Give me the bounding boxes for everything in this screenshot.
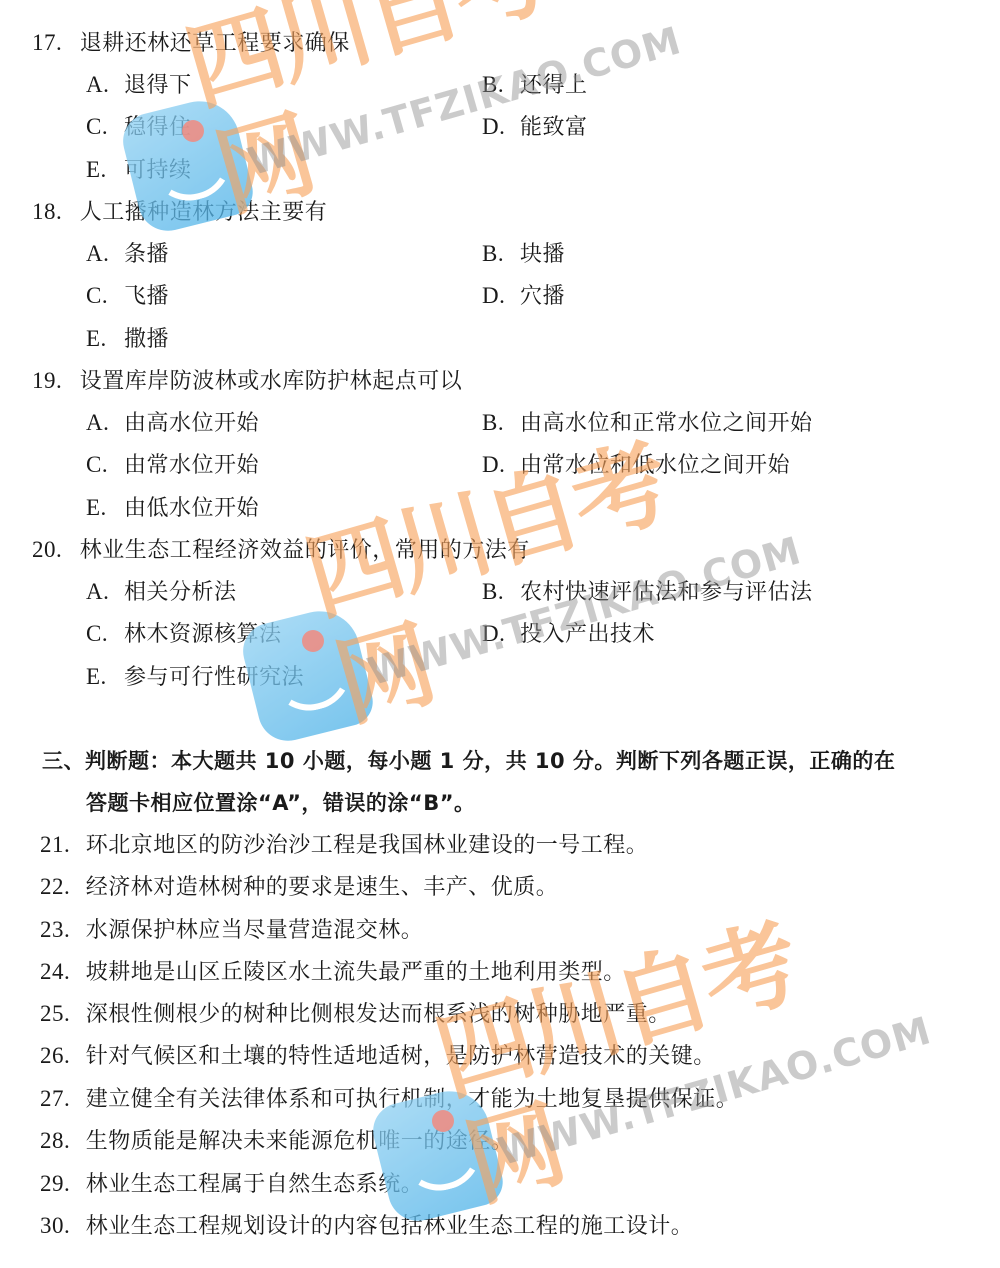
option-letter: A. <box>86 71 124 99</box>
question-21: 21. 环北京地区的防沙治沙工程是我国林业建设的一号工程。 <box>40 831 648 860</box>
option-letter: C. <box>86 620 124 648</box>
question-27: 27. 建立健全有关法律体系和可执行机制，才能为土地复垦提供保证。 <box>40 1085 738 1114</box>
option-letter: C. <box>86 113 124 141</box>
question-23: 23. 水源保护林应当尽量营造混交林。 <box>40 916 423 945</box>
option-letter: B. <box>482 240 520 268</box>
question-text: 人工播种造林方法主要有 <box>80 200 328 225</box>
question-number: 26. <box>40 1042 70 1070</box>
option-text: 飞播 <box>124 284 169 309</box>
option-text: 由高水位开始 <box>124 411 259 436</box>
question-text: 林业生态工程属于自然生态系统。 <box>86 1172 424 1197</box>
question-text: 水源保护林应当尽量营造混交林。 <box>86 918 424 943</box>
option-letter: B. <box>482 409 520 437</box>
exam-page: 17. 退耕还林还草工程要求确保 A.退得下 B.还得上 C.稳得住 D.能致富… <box>0 0 1000 1268</box>
question-number: 21. <box>40 831 70 859</box>
option-19-e: E.由低水位开始 <box>86 494 259 523</box>
option-text: 由低水位开始 <box>124 496 259 521</box>
question-number: 19. <box>32 367 62 395</box>
question-22: 22. 经济林对造林树种的要求是速生、丰产、优质。 <box>40 873 558 902</box>
option-17-a: A.退得下 <box>86 71 192 100</box>
option-letter: A. <box>86 578 124 606</box>
option-text: 林木资源核算法 <box>124 622 282 647</box>
option-17-b: B.还得上 <box>482 71 588 100</box>
option-text: 撒播 <box>124 327 169 352</box>
option-18-a: A.条播 <box>86 240 169 269</box>
question-26: 26. 针对气候区和土壤的特性适地适树，是防护林营造技术的关键。 <box>40 1042 716 1071</box>
question-24: 24. 坡耕地是山区丘陵区水土流失最严重的土地利用类型。 <box>40 958 626 987</box>
option-20-e: E.参与可行性研究法 <box>86 663 304 692</box>
option-letter: B. <box>482 578 520 606</box>
option-letter: E. <box>86 325 124 353</box>
option-letter: D. <box>482 113 520 141</box>
option-text: 稳得住 <box>124 115 192 140</box>
option-17-c: C.稳得住 <box>86 113 192 142</box>
option-text: 退得下 <box>124 73 192 98</box>
question-number: 25. <box>40 1000 70 1028</box>
option-18-e: E.撒播 <box>86 325 169 354</box>
option-letter: A. <box>86 240 124 268</box>
option-letter: D. <box>482 451 520 479</box>
question-29: 29. 林业生态工程属于自然生态系统。 <box>40 1170 423 1199</box>
option-17-e: E.可持续 <box>86 156 192 185</box>
question-18-stem: 18. 人工播种造林方法主要有 <box>32 198 327 227</box>
question-28: 28. 生物质能是解决未来能源危机唯一的途径。 <box>40 1127 513 1156</box>
question-text: 深根性侧根少的树种比侧根发达而根系浅的树种胁地严重。 <box>86 1002 671 1027</box>
option-letter: B. <box>482 71 520 99</box>
option-text: 农村快速评估法和参与评估法 <box>520 580 813 605</box>
option-18-c: C.飞播 <box>86 282 169 311</box>
watermark-bottom: 四川自考网 WWW.TFZIKAO.COM <box>380 1000 900 1230</box>
option-text: 可持续 <box>124 158 192 183</box>
option-20-b: B.农村快速评估法和参与评估法 <box>482 578 813 607</box>
question-17-stem: 17. 退耕还林还草工程要求确保 <box>32 29 350 58</box>
option-letter: C. <box>86 282 124 310</box>
option-letter: D. <box>482 620 520 648</box>
question-number: 28. <box>40 1127 70 1155</box>
option-letter: A. <box>86 409 124 437</box>
option-text: 能致富 <box>520 115 588 140</box>
option-text: 投入产出技术 <box>520 622 655 647</box>
option-text: 参与可行性研究法 <box>124 665 304 690</box>
question-19-stem: 19. 设置库岸防波林或水库防护林起点可以 <box>32 367 462 396</box>
question-number: 22. <box>40 873 70 901</box>
question-text: 生物质能是解决未来能源危机唯一的途径。 <box>86 1129 514 1154</box>
question-text: 经济林对造林树种的要求是速生、丰产、优质。 <box>86 875 559 900</box>
option-18-d: D.穴播 <box>482 282 565 311</box>
option-20-d: D.投入产出技术 <box>482 620 655 649</box>
option-19-c: C.由常水位开始 <box>86 451 259 480</box>
question-25: 25. 深根性侧根少的树种比侧根发达而根系浅的树种胁地严重。 <box>40 1000 671 1029</box>
question-text: 建立健全有关法律体系和可执行机制，才能为土地复垦提供保证。 <box>86 1087 739 1112</box>
option-letter: E. <box>86 663 124 691</box>
option-19-a: A.由高水位开始 <box>86 409 259 438</box>
option-text: 条播 <box>124 242 169 267</box>
option-18-b: B.块播 <box>482 240 565 269</box>
question-text: 退耕还林还草工程要求确保 <box>80 31 350 56</box>
question-text: 针对气候区和土壤的特性适地适树，是防护林营造技术的关键。 <box>86 1044 716 1069</box>
option-letter: D. <box>482 282 520 310</box>
question-text: 坡耕地是山区丘陵区水土流失最严重的土地利用类型。 <box>86 960 626 985</box>
option-letter: C. <box>86 451 124 479</box>
option-20-c: C.林木资源核算法 <box>86 620 282 649</box>
question-number: 30. <box>40 1212 70 1240</box>
question-text: 林业生态工程规划设计的内容包括林业生态工程的施工设计。 <box>86 1214 694 1239</box>
option-text: 由高水位和正常水位之间开始 <box>520 411 813 436</box>
option-text: 相关分析法 <box>124 580 237 605</box>
question-number: 23. <box>40 916 70 944</box>
question-30: 30. 林业生态工程规划设计的内容包括林业生态工程的施工设计。 <box>40 1212 693 1241</box>
question-number: 27. <box>40 1085 70 1113</box>
option-20-a: A.相关分析法 <box>86 578 237 607</box>
question-number: 29. <box>40 1170 70 1198</box>
option-text: 块播 <box>520 242 565 267</box>
option-19-d: D.由常水位和低水位之间开始 <box>482 451 790 480</box>
watermark-dot-icon <box>302 630 324 652</box>
question-text: 设置库岸防波林或水库防护林起点可以 <box>80 369 463 394</box>
option-letter: E. <box>86 156 124 184</box>
question-text: 环北京地区的防沙治沙工程是我国林业建设的一号工程。 <box>86 833 649 858</box>
option-19-b: B.由高水位和正常水位之间开始 <box>482 409 813 438</box>
question-text: 林业生态工程经济效益的评价，常用的方法有 <box>80 538 530 563</box>
section-heading-line2: 答题卡相应位置涂“A”，错误的涂“B”。 <box>86 789 476 817</box>
option-17-d: D.能致富 <box>482 113 588 142</box>
question-number: 17. <box>32 29 62 57</box>
section-heading-line1: 三、判断题：本大题共 10 小题，每小题 1 分，共 10 分。判断下列各题正误… <box>42 747 895 775</box>
option-text: 由常水位和低水位之间开始 <box>520 453 790 478</box>
option-text: 由常水位开始 <box>124 453 259 478</box>
option-text: 穴播 <box>520 284 565 309</box>
option-letter: E. <box>86 494 124 522</box>
question-20-stem: 20. 林业生态工程经济效益的评价，常用的方法有 <box>32 536 530 565</box>
option-text: 还得上 <box>520 73 588 98</box>
question-number: 20. <box>32 536 62 564</box>
question-number: 18. <box>32 198 62 226</box>
question-number: 24. <box>40 958 70 986</box>
